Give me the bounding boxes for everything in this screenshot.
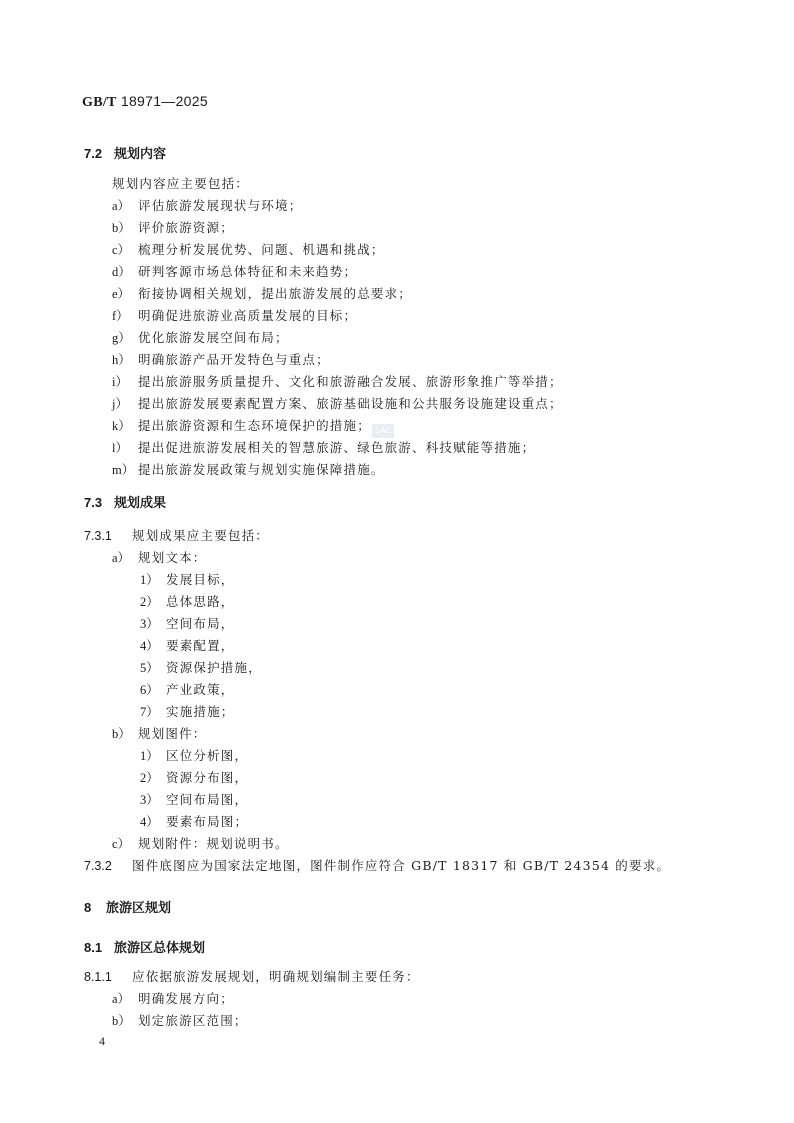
list-item: m）提出旅游发展政策与规划实施保障措施。 [112, 460, 385, 478]
section-7-3-heading: 7.3规划成果 [84, 492, 166, 511]
list-item: b）评价旅游资源； [112, 218, 234, 236]
sub-list-item: 1）区位分析图， [140, 746, 248, 764]
sub-list-item: 3）空间布局图， [140, 790, 248, 808]
section-7-2-heading: 7.2规划内容 [84, 143, 166, 162]
list-item: j）提出旅游发展要素配置方案、旅游基础设施和公共服务设施建设重点； [112, 394, 563, 412]
sub-list-item: 1）发展目标， [140, 570, 235, 588]
sub-list-item: 2）总体思路， [140, 592, 235, 610]
sub-list-item: 2）资源分布图， [140, 768, 248, 786]
list-item: d）研判客源市场总体特征和未来趋势； [112, 262, 357, 280]
clause-7-3-1: 7.3.1规划成果应主要包括： [84, 526, 269, 544]
list-item: e）衔接协调相关规划，提出旅游发展的总要求； [112, 284, 412, 302]
clause-7-3-2: 7.3.2图件底图应为国家法定地图，图件制作应符合 GB/T 18317 和 G… [84, 856, 670, 874]
sub-list-item: 5）资源保护措施， [140, 658, 262, 676]
section-8-heading: 8旅游区规划 [84, 897, 171, 916]
sub-list-item: 6）产业政策， [140, 680, 235, 698]
section-7-2-intro: 规划内容应主要包括： [112, 174, 249, 192]
page-number: 4 [99, 1034, 105, 1049]
list-item: k）提出旅游资源和生态环境保护的措施； [112, 416, 371, 434]
sub-list-item: 3）空间布局， [140, 614, 235, 632]
list-item: a）明确发展方向； [112, 989, 234, 1007]
list-item: a）评估旅游发展现状与环境； [112, 196, 302, 214]
list-item: i）提出旅游服务质量提升、文化和旅游融合发展、旅游形象推广等举措； [112, 372, 563, 390]
list-item: f）明确促进旅游业高质量发展的目标； [112, 306, 357, 324]
watermark-logo: SAC [372, 424, 394, 438]
list-item: c）规划附件：规划说明书。 [112, 834, 289, 852]
clause-8-1-1: 8.1.1应依据旅游发展规划，明确规划编制主要任务： [84, 967, 420, 985]
list-item: h）明确旅游产品开发特色与重点； [112, 350, 330, 368]
list-item: b）规划图件： [112, 724, 207, 742]
list-item: c）梳理分析发展优势、问题、机遇和挑战； [112, 240, 385, 258]
section-8-1-heading: 8.1旅游区总体规划 [84, 937, 205, 956]
list-item: a）规划文本： [112, 548, 207, 566]
list-item: g）优化旅游发展空间布局； [112, 328, 289, 346]
standard-number: GB/T 18971—2025 [82, 93, 208, 111]
sub-list-item: 7）实施措施； [140, 702, 235, 720]
list-item: l）提出促进旅游发展相关的智慧旅游、绿色旅游、科技赋能等措施； [112, 438, 535, 456]
sub-list-item: 4）要素配置， [140, 636, 235, 654]
sub-list-item: 4）要素布局图； [140, 812, 248, 830]
list-item: b）划定旅游区范围； [112, 1011, 248, 1029]
